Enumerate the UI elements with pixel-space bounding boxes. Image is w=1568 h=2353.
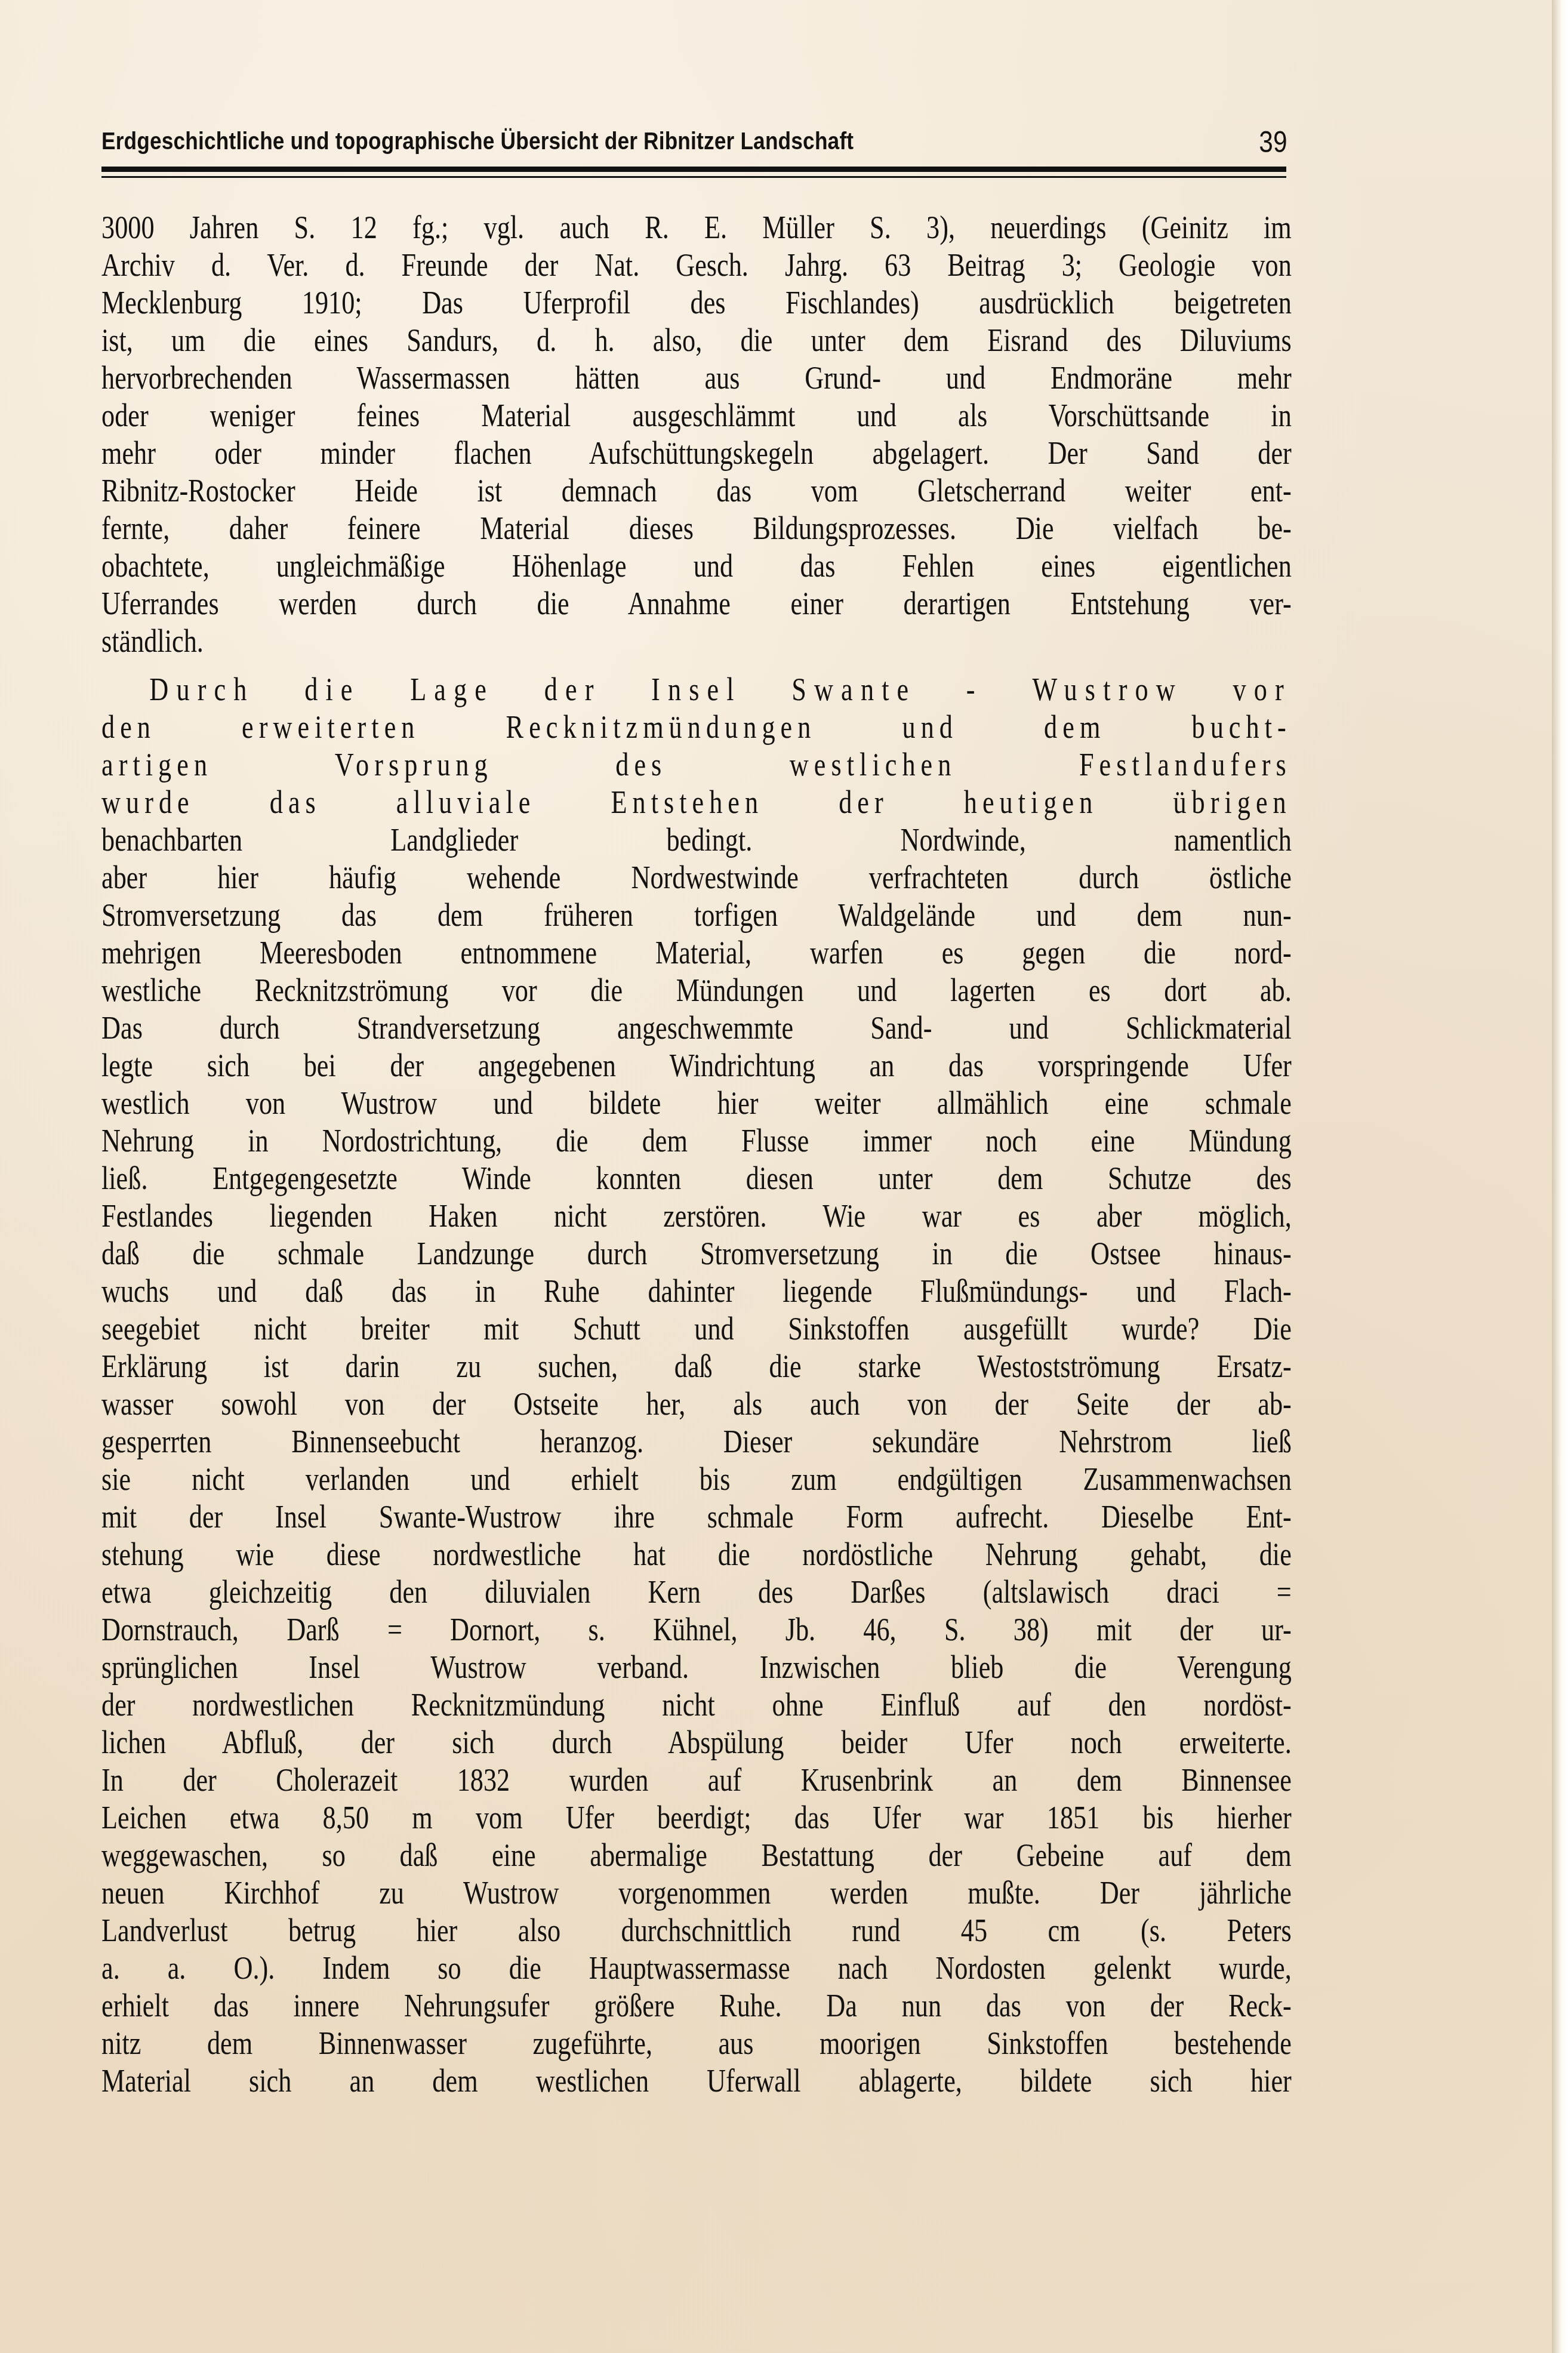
text-line: etwa gleichzeitig den diluvialen Kern de…	[101, 1573, 1292, 1611]
text-line: daß die schmale Landzunge durch Stromver…	[101, 1235, 1292, 1273]
text-line: Uferrandes werden durch die Annahme eine…	[101, 585, 1292, 623]
paragraph-1: 3000 Jahren S. 12 fg.; vgl. auch R. E. M…	[101, 209, 1291, 660]
text-line: aber hier häufig wehende Nordwestwinde v…	[101, 859, 1292, 897]
paragraph-gap	[101, 660, 1291, 671]
text-line: In der Cholerazeit 1832 wurden auf Kruse…	[101, 1761, 1292, 1799]
text-line: wasser sowohl von der Ostseite her, als …	[101, 1385, 1292, 1423]
text-line: sie nicht verlanden und erhielt bis zum …	[101, 1461, 1292, 1498]
text-line: Landverlust betrug hier also durchschnit…	[101, 1912, 1292, 1949]
text-line: fernte, daher feinere Material dieses Bi…	[101, 510, 1292, 547]
text-line: oder weniger feines Material ausgeschläm…	[101, 397, 1292, 435]
text-line: Ribnitz-Rostocker Heide ist demnach das …	[101, 472, 1292, 510]
text-line: Nehrung in Nordostrichtung, die dem Flus…	[101, 1122, 1292, 1160]
text-line: stehung wie diese nordwestliche hat die …	[101, 1536, 1292, 1573]
text-line: mehrigen Meeresboden entnommene Material…	[101, 934, 1292, 972]
text-line: Festlandes liegenden Haken nicht zerstör…	[101, 1197, 1292, 1235]
text-line: ständlich.	[101, 623, 1292, 660]
running-title: Erdgeschichtliche und topographische Übe…	[101, 127, 854, 155]
text-line: nitz dem Binnenwasser zugeführte, aus mo…	[101, 2025, 1292, 2062]
text-line: legte sich bei der angegebenen Windricht…	[101, 1047, 1292, 1085]
text-line: mehr oder minder flachen Aufschüttungske…	[101, 435, 1292, 472]
text-line: mit der Insel Swante-Wustrow ihre schmal…	[101, 1498, 1292, 1536]
text-line: Material sich an dem westlichen Uferwall…	[101, 2062, 1292, 2100]
text-line: Dornstrauch, Darß = Dornort, s. Kühnel, …	[101, 1611, 1292, 1649]
text-line: seegebiet nicht breiter mit Schutt und S…	[101, 1310, 1292, 1348]
text-line: gesperrten Binnenseebucht heranzog. Dies…	[101, 1423, 1292, 1461]
text-line: ließ. Entgegengesetzte Winde konnten die…	[101, 1160, 1292, 1197]
text-line: Erklärung ist darin zu suchen, daß die s…	[101, 1348, 1292, 1385]
text-line: erhielt das innere Nehrungsufer größere …	[101, 1987, 1292, 2025]
text-line: westliche Recknitzströmung vor die Mündu…	[101, 972, 1292, 1009]
text-line-letterspaced: Durch die Lage der Insel Swante - Wustro…	[101, 671, 1292, 709]
text-line: ist, um die eines Sandurs, d. h. also, d…	[101, 322, 1292, 359]
text-line: benachbarten Landglieder bedingt. Nordwi…	[101, 821, 1292, 859]
text-line: Das durch Strandversetzung angeschwemmte…	[101, 1009, 1292, 1047]
text-line: weggewaschen, so daß eine abermalige Bes…	[101, 1837, 1292, 1874]
text-line: 3000 Jahren S. 12 fg.; vgl. auch R. E. M…	[101, 209, 1292, 247]
text-line: obachtete, ungleichmäßige Höhenlage und …	[101, 547, 1292, 585]
header-rule-thick	[101, 167, 1286, 172]
text-line-letterspaced: wurde das alluviale Entstehen der heutig…	[101, 784, 1292, 821]
paragraph-2: Durch die Lage der Insel Swante - Wustro…	[101, 671, 1291, 2100]
text-line: Archiv d. Ver. d. Freunde der Nat. Gesch…	[101, 247, 1292, 284]
text-line: der nordwestlichen Recknitzmündung nicht…	[101, 1686, 1292, 1724]
page-edge-shadow	[1552, 0, 1568, 2353]
text-line: Leichen etwa 8,50 m vom Ufer beerdigt; d…	[101, 1799, 1292, 1837]
text-line: westlich von Wustrow und bildete hier we…	[101, 1085, 1292, 1122]
body-text: 3000 Jahren S. 12 fg.; vgl. auch R. E. M…	[101, 209, 1291, 2100]
page-number: 39	[1259, 125, 1287, 159]
header-rule-thin	[101, 176, 1286, 178]
text-line: wuchs und daß das in Ruhe dahinter liege…	[101, 1273, 1292, 1310]
running-header: Erdgeschichtliche und topographische Übe…	[101, 127, 1292, 163]
text-line-letterspaced: artigen Vorsprung des westlichen Festlan…	[101, 746, 1292, 784]
text-line: sprünglichen Insel Wustrow verband. Inzw…	[101, 1649, 1292, 1686]
text-line: lichen Abfluß, der sich durch Abspülung …	[101, 1724, 1292, 1761]
text-line-letterspaced: den erweiterten Recknitzmündungen und de…	[101, 709, 1292, 746]
text-line: Stromversetzung das dem früheren torfige…	[101, 897, 1292, 934]
text-line: a. a. O.). Indem so die Hauptwassermasse…	[101, 1949, 1292, 1987]
text-line: neuen Kirchhof zu Wustrow vorgenommen we…	[101, 1874, 1292, 1912]
text-line: Mecklenburg 1910; Das Uferprofil des Fis…	[101, 284, 1292, 322]
text-line: hervorbrechenden Wassermassen hätten aus…	[101, 359, 1292, 397]
